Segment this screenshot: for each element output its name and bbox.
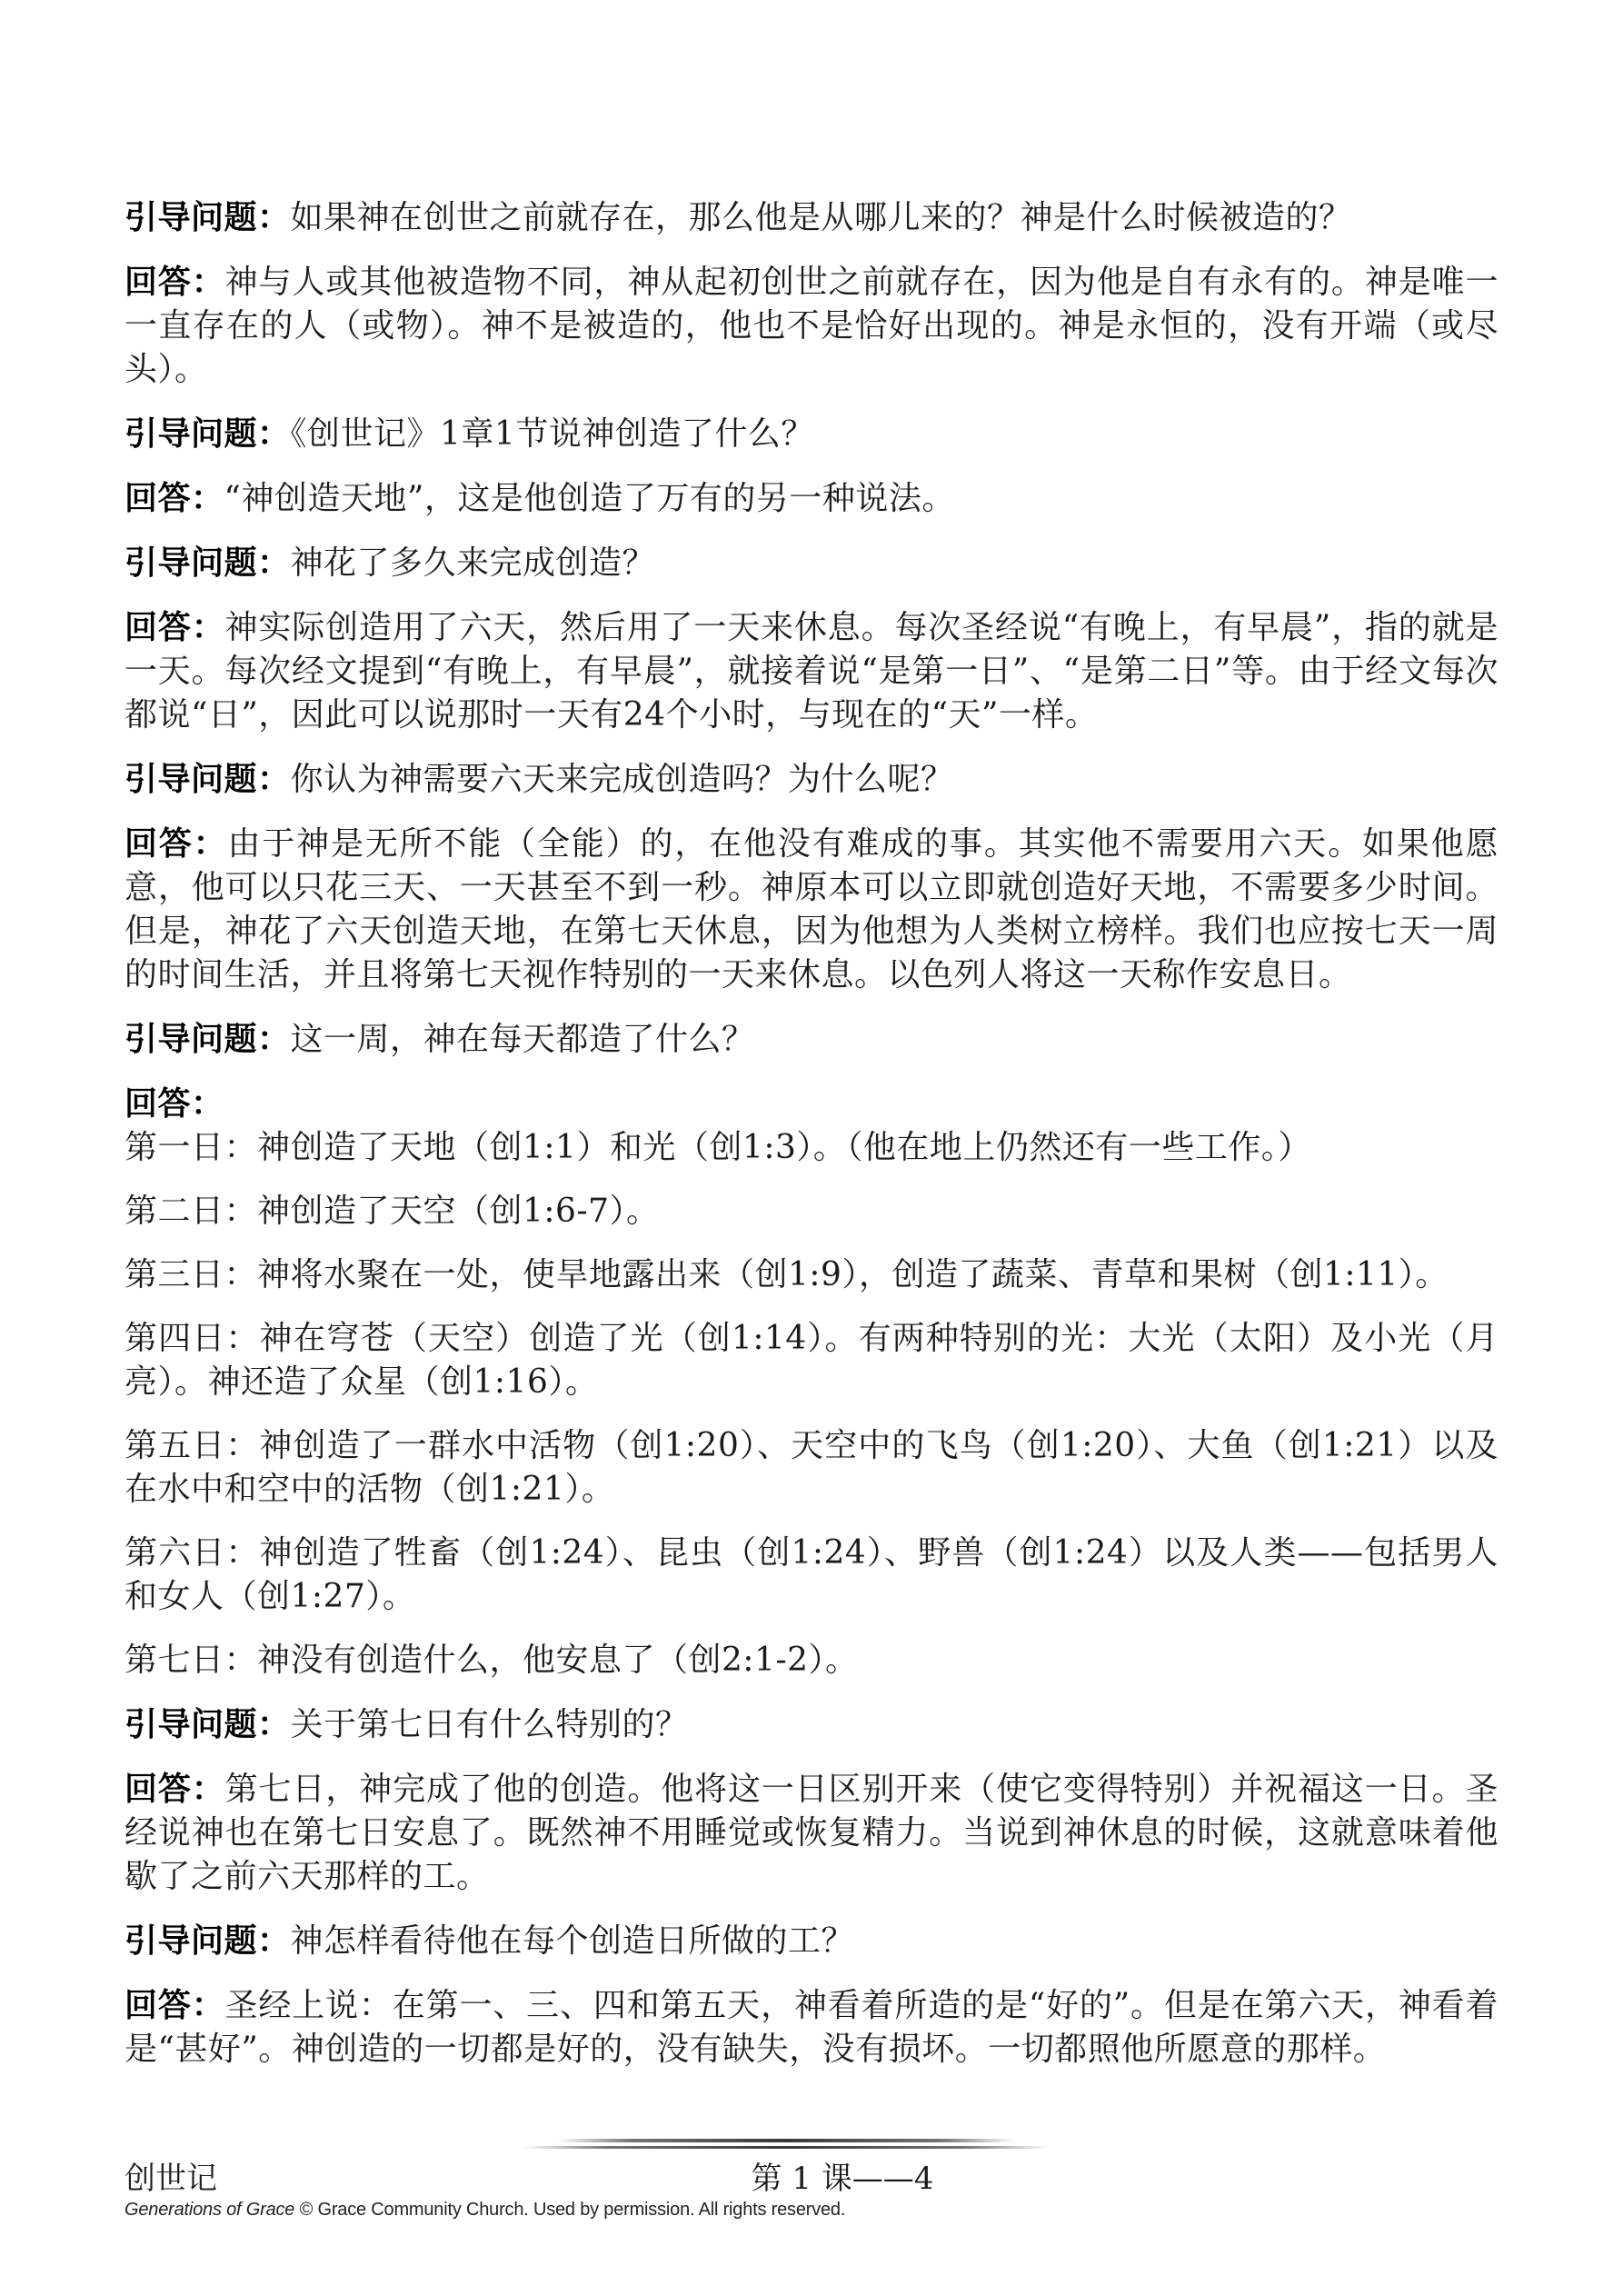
question-text: 如果神在创世之前就存在，那么他是从哪儿来的？神是什么时候被造的？	[291, 199, 1352, 236]
guiding-question: 引导问题：你认为神需要六天来完成创造吗？为什么呢？	[124, 757, 1499, 802]
divider-line-top	[558, 2139, 1014, 2142]
question-label: 引导问题：	[124, 1922, 291, 1959]
guiding-question: 引导问题：神怎样看待他在每个创造日所做的工？	[124, 1919, 1499, 1963]
guiding-question: 引导问题：如果神在创世之前就存在，那么他是从哪儿来的？神是什么时候被造的？	[124, 195, 1499, 240]
guiding-question: 引导问题：这一周，神在每天都造了什么？	[124, 1017, 1499, 1062]
question-label: 引导问题：	[124, 760, 291, 797]
question-label: 引导问题：	[124, 1705, 291, 1742]
copyright-text: © Grace Community Church. Used by permis…	[300, 2200, 846, 2220]
answer-paragraph: 回答：圣经上说：在第一、三、四和第五天，神看着所造的是“好的”。但是在第六天，神…	[124, 1983, 1499, 2071]
answer-text: “神创造天地”，这是他创造了万有的另一种说法。	[224, 480, 955, 517]
question-text: 这一周，神在每天都造了什么？	[291, 1021, 755, 1058]
qa-section-7: 引导问题：神怎样看待他在每个创造日所做的工？ 回答：圣经上说：在第一、三、四和第…	[124, 1919, 1499, 2071]
qa-section-5: 引导问题：这一周，神在每天都造了什么？ 回答： 第一日：神创造了天地（创1:1）…	[124, 1017, 1499, 1682]
answer-label: 回答：	[124, 608, 225, 645]
day-item-6: 第六日：神创造了牲畜（创1:24）、昆虫（创1:24）、野兽（创1:24）以及人…	[124, 1532, 1499, 1619]
divider-line-bottom	[523, 2146, 1049, 2149]
question-label: 引导问题：	[124, 198, 291, 235]
question-text: 神怎样看待他在每个创造日所做的工？	[291, 1922, 855, 1960]
answer-paragraph: 回答：“神创造天地”，这是他创造了万有的另一种说法。	[124, 476, 1499, 521]
answer-label: 回答：	[124, 824, 228, 862]
guiding-question: 引导问题：《创世记》1章1节说神创造了什么？	[124, 412, 1499, 456]
footer-divider	[0, 2139, 1598, 2149]
answer-label: 回答：	[124, 263, 225, 300]
answer-paragraph: 回答：神与人或其他被造物不同，神从起初创世之前就存在，因为他是自有永有的。神是唯…	[124, 260, 1499, 392]
guiding-question: 引导问题：关于第七日有什么特别的？	[124, 1702, 1499, 1747]
answer-label: 回答：	[124, 479, 224, 516]
copyright-series-title: Generations of Grace	[124, 2200, 294, 2220]
answer-paragraph: 回答：由于神是无所不能（全能）的，在他没有难成的事。其实他不需要用六天。如果他愿…	[124, 822, 1499, 997]
answer-label: 回答：	[124, 1986, 225, 2023]
answer-text: 第七日，神完成了他的创造。他将这一日区别开来（使它变得特别）并祝福这一日。圣经说…	[124, 1771, 1499, 1895]
question-label: 引导问题：	[124, 414, 291, 452]
qa-section-4: 引导问题：你认为神需要六天来完成创造吗？为什么呢？ 回答：由于神是无所不能（全能…	[124, 757, 1499, 997]
answer-text: 由于神是无所不能（全能）的，在他没有难成的事。其实他不需要用六天。如果他愿意，他…	[124, 825, 1499, 993]
qa-section-2: 引导问题：《创世记》1章1节说神创造了什么？ 回答：“神创造天地”，这是他创造了…	[124, 412, 1499, 521]
day-item-4: 第四日：神在穹苍（天空）创造了光（创1:14）。有两种特别的光：大光（太阳）及小…	[124, 1317, 1499, 1404]
document-body: 引导问题：如果神在创世之前就存在，那么他是从哪儿来的？神是什么时候被造的？ 回答…	[124, 195, 1499, 2091]
page-footer: 创世记 第 1 课——4	[124, 2158, 1499, 2200]
question-text: 你认为神需要六天来完成创造吗？为什么呢？	[291, 761, 954, 798]
qa-section-3: 引导问题：神花了多久来完成创造？ 回答：神实际创造用了六天，然后用了一天来休息。…	[124, 541, 1499, 737]
answer-label: 回答：	[124, 1084, 224, 1122]
book-title: 创世记	[124, 2161, 217, 2197]
document-page: 引导问题：如果神在创世之前就存在，那么他是从哪儿来的？神是什么时候被造的？ 回答…	[0, 0, 1623, 2296]
qa-section-1: 引导问题：如果神在创世之前就存在，那么他是从哪儿来的？神是什么时候被造的？ 回答…	[124, 195, 1499, 392]
copyright-notice: Generations of Grace © Grace Community C…	[124, 2198, 845, 2221]
page-number: 第 1 课——4	[155, 2158, 1529, 2200]
answer-text: 神实际创造用了六天，然后用了一天来休息。每次圣经说“有晚上，有早晨”，指的就是一…	[124, 609, 1499, 734]
question-label: 引导问题：	[124, 1020, 291, 1057]
answer-text: 神与人或其他被造物不同，神从起初创世之前就存在，因为他是自有永有的。神是唯一一直…	[124, 264, 1499, 388]
guiding-question: 引导问题：神花了多久来完成创造？	[124, 541, 1499, 585]
question-label: 引导问题：	[124, 544, 291, 581]
answer-label: 回答：	[124, 1770, 225, 1807]
answer-label-line: 回答：	[124, 1082, 1499, 1126]
day-item-2: 第二日：神创造了天空（创1:6-7）。	[124, 1190, 1499, 1233]
answer-text: 圣经上说：在第一、三、四和第五天，神看着所造的是“好的”。但是在第六天，神看着是…	[124, 1987, 1499, 2068]
day-item-5: 第五日：神创造了一群水中活物（创1:20）、天空中的飞鸟（创1:20）、大鱼（创…	[124, 1424, 1499, 1512]
qa-section-6: 引导问题：关于第七日有什么特别的？ 回答：第七日，神完成了他的创造。他将这一日区…	[124, 1702, 1499, 1899]
question-text: 神花了多久来完成创造？	[291, 544, 656, 582]
question-text: 《创世记》1章1节说神创造了什么？	[291, 415, 814, 453]
answer-paragraph: 回答：第七日，神完成了他的创造。他将这一日区别开来（使它变得特别）并祝福这一日。…	[124, 1767, 1499, 1899]
day-item-3: 第三日：神将水聚在一处，使旱地露出来（创1:9），创造了蔬菜、青草和果树（创1:…	[124, 1253, 1499, 1297]
day-item-1: 第一日：神创造了天地（创1:1）和光（创1:3）。（他在地上仍然还有一些工作。）	[124, 1126, 1499, 1170]
answer-paragraph: 回答：神实际创造用了六天，然后用了一天来休息。每次圣经说“有晚上，有早晨”，指的…	[124, 605, 1499, 737]
day-item-7: 第七日：神没有创造什么，他安息了（创2:1-2）。	[124, 1639, 1499, 1682]
question-text: 关于第七日有什么特别的？	[291, 1706, 689, 1743]
